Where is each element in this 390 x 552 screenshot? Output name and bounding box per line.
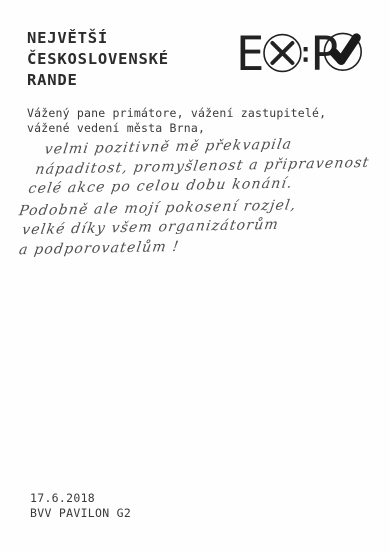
event-title-line-3: RANDE bbox=[27, 70, 169, 91]
salutation-line-2: vážené vedení města Brna, bbox=[27, 121, 326, 136]
expo-logo-graphic: E P bbox=[236, 30, 364, 76]
event-title: NEJVĚTŠÍ ČESKOSLOVENSKÉ RANDE bbox=[27, 28, 169, 91]
x-circle-icon bbox=[264, 35, 301, 72]
event-details: 17.6.2018 BVV PAVILON G2 bbox=[30, 491, 131, 521]
event-title-line-2: ČESKOSLOVENSKÉ bbox=[27, 49, 169, 70]
handwritten-note: velmi pozitivně mě překvapila nápaditost… bbox=[12, 134, 370, 261]
expo-logo: E P bbox=[236, 30, 364, 76]
check-circle-icon bbox=[324, 33, 361, 70]
event-date: 17.6.2018 bbox=[30, 491, 131, 506]
event-title-line-1: NEJVĚTŠÍ bbox=[27, 28, 169, 49]
scanned-letter-page: NEJVĚTŠÍ ČESKOSLOVENSKÉ RANDE E P bbox=[0, 0, 390, 552]
logo-colon bbox=[304, 47, 308, 62]
logo-letter-e: E bbox=[236, 27, 264, 82]
salutation: Vážený pane primátore, vážení zastupitel… bbox=[27, 106, 326, 135]
event-location: BVV PAVILON G2 bbox=[30, 506, 131, 521]
salutation-line-1: Vážený pane primátore, vážení zastupitel… bbox=[27, 106, 326, 121]
